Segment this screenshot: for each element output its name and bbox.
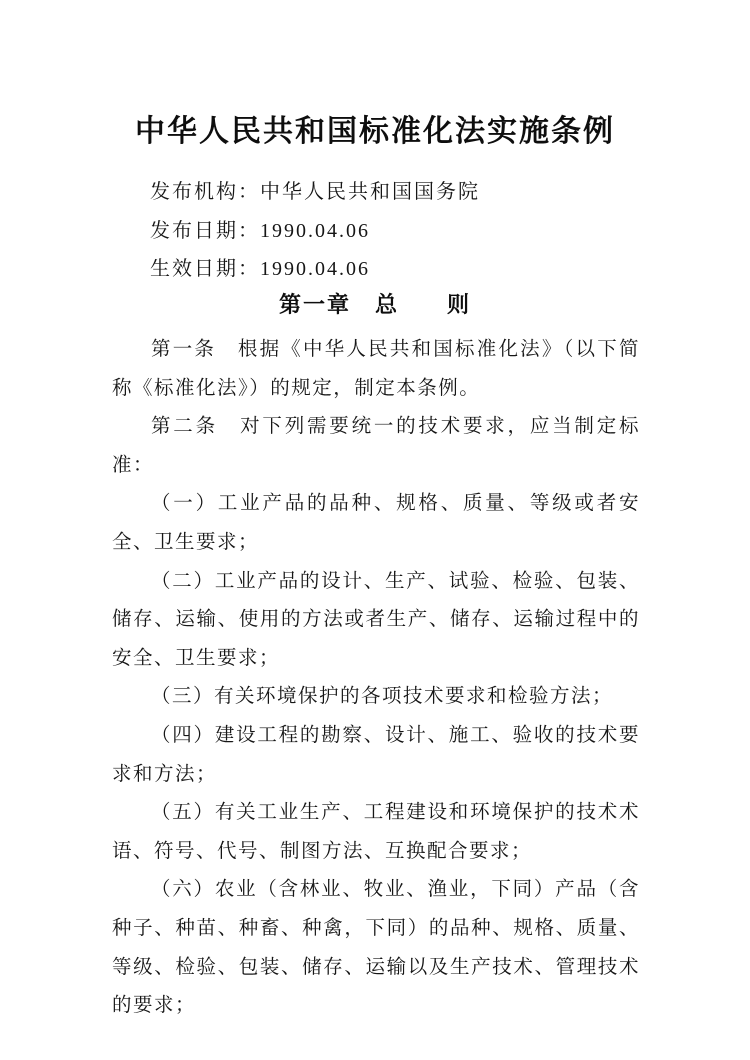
paragraph-article-2: 第二条 对下列需要统一的技术要求，应当制定标准： (112, 408, 640, 485)
meta-publish-date-value: 1990.04.06 (260, 220, 370, 242)
document-page: 中华人民共和国标准化法实施条例 发布机构：中华人民共和国国务院 发布日期：199… (0, 0, 750, 1060)
meta-block: 发布机构：中华人民共和国国务院 发布日期：1990.04.06 生效日期：199… (150, 173, 650, 289)
paragraph-item-3: （三）有关环境保护的各项技术要求和检验方法； (112, 678, 640, 717)
paragraph-item-6: （六）农业（含林业、牧业、渔业，下同）产品（含种子、种苗、种畜、种禽，下同）的品… (112, 871, 640, 1025)
paragraph-article-1: 第一条 根据《中华人民共和国标准化法》（以下简称《标准化法》）的规定，制定本条例… (112, 331, 640, 408)
document-body: 第一条 根据《中华人民共和国标准化法》（以下简称《标准化法》）的规定，制定本条例… (112, 331, 640, 1026)
meta-issuing-authority-value: 中华人民共和国国务院 (260, 181, 480, 203)
meta-effective-date-label: 生效日期： (150, 258, 260, 280)
meta-effective-date: 生效日期：1990.04.06 (150, 250, 650, 289)
paragraph-item-1: （一）工业产品的品种、规格、质量、等级或者安全、卫生要求； (112, 485, 640, 562)
meta-issuing-authority: 发布机构：中华人民共和国国务院 (150, 173, 650, 212)
document-title: 中华人民共和国标准化法实施条例 (0, 106, 750, 150)
meta-effective-date-value: 1990.04.06 (260, 258, 370, 280)
meta-publish-date: 发布日期：1990.04.06 (150, 212, 650, 251)
paragraph-item-4: （四）建设工程的勘察、设计、施工、验收的技术要求和方法； (112, 717, 640, 794)
chapter-heading: 第一章 总 则 (0, 288, 750, 319)
meta-publish-date-label: 发布日期： (150, 220, 260, 242)
paragraph-item-2: （二）工业产品的设计、生产、试验、检验、包装、储存、运输、使用的方法或者生产、储… (112, 563, 640, 679)
meta-issuing-authority-label: 发布机构： (150, 181, 260, 203)
paragraph-item-5: （五）有关工业生产、工程建设和环境保护的技术术语、符号、代号、制图方法、互换配合… (112, 794, 640, 871)
